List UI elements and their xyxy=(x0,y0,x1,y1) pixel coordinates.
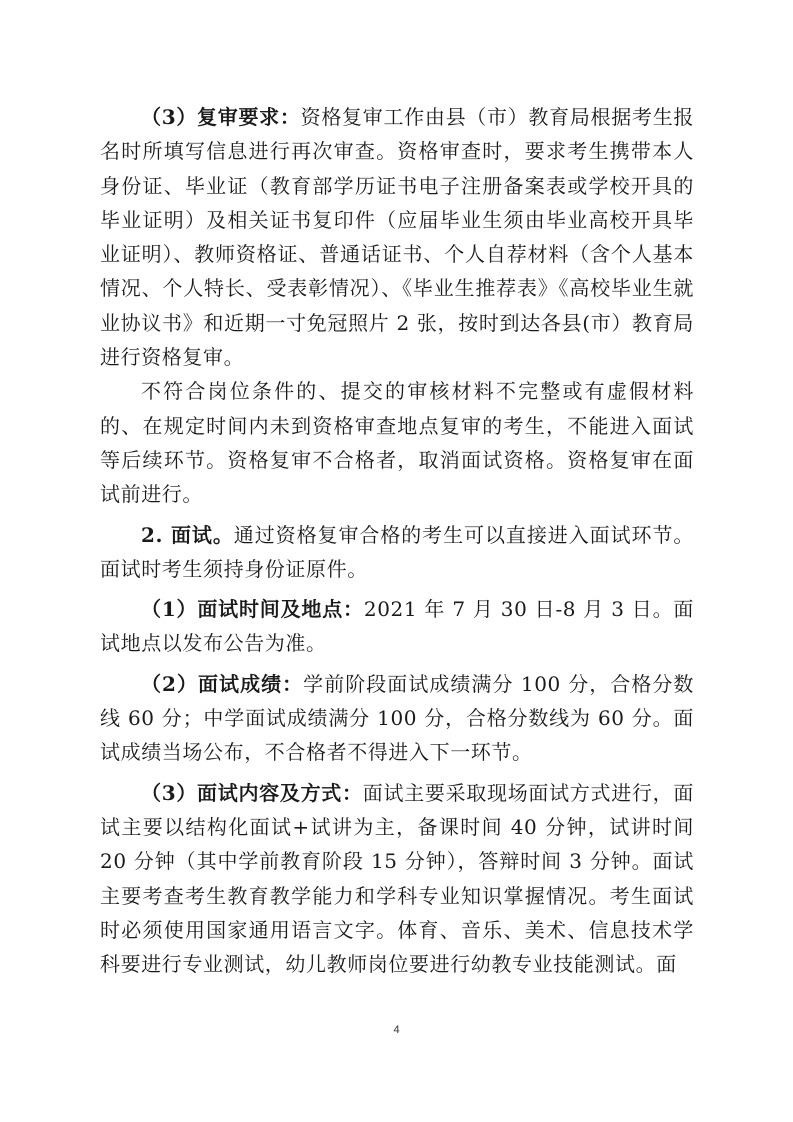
paragraph-heading: （3）复审要求： xyxy=(141,105,301,129)
paragraph-disqualification: 不符合岗位条件的、提交的审核材料不完整或有虚假材料的、在规定时间内未到资格审查地… xyxy=(100,374,694,511)
paragraph-interview-content: （3）面试内容及方式：面试主要采取现场面试方式进行，面试主要以结构化面试+试讲为… xyxy=(100,776,694,982)
paragraph-review-requirements: （3）复审要求：资格复审工作由县（市）教育局根据考生报名时所填写信息进行再次审查… xyxy=(100,100,694,374)
paragraph-text: 资格复审工作由县（市）教育局根据考生报名时所填写信息进行再次审查。资格审查时，要… xyxy=(100,105,694,369)
page-number: 4 xyxy=(0,1024,793,1036)
paragraph-heading: （2）面试成绩： xyxy=(141,672,303,696)
paragraph-heading: （3）面试内容及方式： xyxy=(141,781,363,805)
paragraph-interview-score: （2）面试成绩：学前阶段面试成绩满分 100 分，合格分数线 60 分；中学面试… xyxy=(100,667,694,770)
paragraph-text: 面试主要采取现场面试方式进行，面试主要以结构化面试+试讲为主，备课时间 40 分… xyxy=(100,781,694,976)
paragraph-text: 不符合岗位条件的、提交的审核材料不完整或有虚假材料的、在规定时间内未到资格审查地… xyxy=(100,379,694,506)
paragraph-heading: 2. 面试。 xyxy=(141,523,234,547)
document-page: （3）复审要求：资格复审工作由县（市）教育局根据考生报名时所填写信息进行再次审查… xyxy=(100,100,694,981)
paragraph-interview: 2. 面试。通过资格复审合格的考生可以直接进入面试环节。面试时考生须持身份证原件… xyxy=(100,518,694,587)
paragraph-heading: （1）面试时间及地点： xyxy=(141,597,364,621)
paragraph-interview-time-place: （1）面试时间及地点：2021 年 7 月 30 日-8 月 3 日。面试地点以… xyxy=(100,592,694,661)
